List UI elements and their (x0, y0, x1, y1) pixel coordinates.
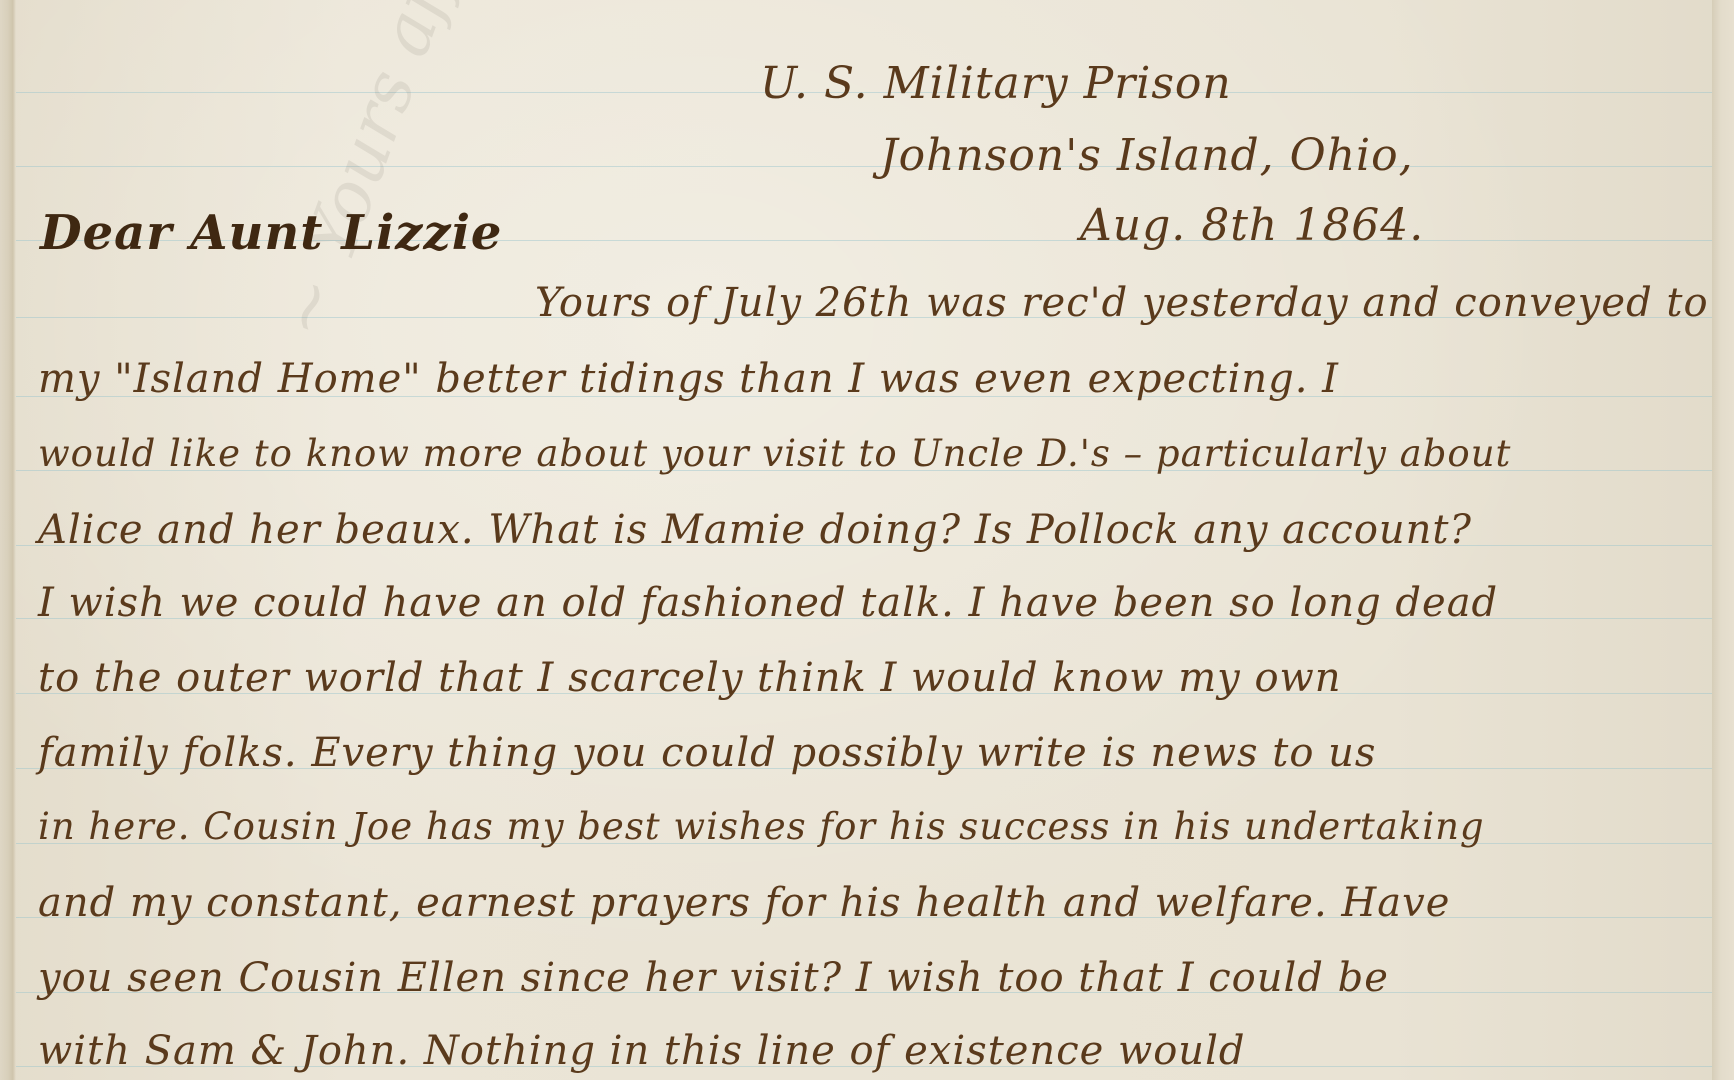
body-line-5: I wish we could have an old fashioned ta… (38, 580, 1498, 626)
body-line-1: Yours of July 26th was rec'd yesterday a… (535, 280, 1709, 326)
body-line-6: to the outer world that I scarcely think… (38, 655, 1342, 701)
header-date: Aug. 8th 1864. (1080, 200, 1424, 251)
date-text: Aug. 8th 1864. (1080, 200, 1424, 251)
salutation: Dear Aunt Lizzie (40, 205, 502, 261)
right-fold-edge (1712, 0, 1734, 1080)
body-line-2: my "Island Home" better tidings than I w… (38, 356, 1339, 402)
body-line-9: and my constant, earnest prayers for his… (38, 880, 1450, 926)
torn-left-edge (0, 0, 16, 1080)
body-line-10: you seen Cousin Ellen since her visit? I… (38, 955, 1389, 1001)
header-line-2: Johnson's Island, Ohio, (880, 130, 1414, 181)
body-line-8: in here. Cousin Joe has my best wishes f… (38, 805, 1485, 848)
body-line-11: with Sam & John. Nothing in this line of… (38, 1028, 1245, 1074)
letter-page: ~ Yours affectionately ~ U. S. Military … (0, 0, 1734, 1080)
header-line-1: U. S. Military Prison (760, 58, 1232, 109)
body-line-7: family folks. Every thing you could poss… (38, 730, 1376, 776)
ruled-line (16, 166, 1712, 167)
body-line-3: would like to know more about your visit… (38, 432, 1511, 475)
body-line-4: Alice and her beaux. What is Mamie doing… (38, 507, 1472, 553)
